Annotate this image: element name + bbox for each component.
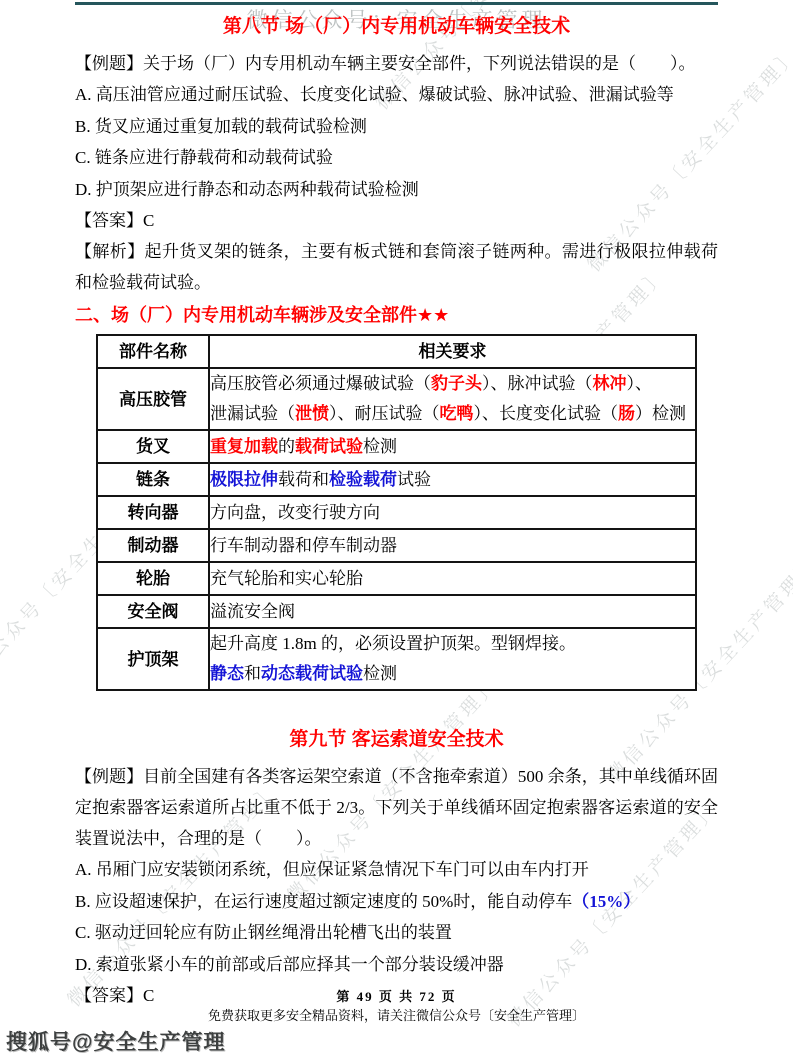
body-text: 和 (244, 664, 261, 683)
body-text: 检测 (363, 437, 397, 456)
page-number: 第 49 页 共 72 页 (0, 988, 793, 1006)
requirement-line: 溢流安全阀 (210, 597, 695, 627)
body-text: A. 高压油管应通过耐压试验、长度变化试验、爆破试验、脉冲试验、泄漏试验等 (75, 85, 674, 104)
q2-options: A. 吊厢门应安装锁闭系统，但应保证紧急情况下车门可以由车内打开B. 应设超速保… (75, 854, 718, 980)
part-name-cell: 制动器 (97, 529, 209, 562)
page-footer: 第 49 页 共 72 页 免费获取更多安全精品资料，请关注微信公众号〔安全生产… (0, 988, 793, 1025)
requirement-line: 行车制动器和停车制动器 (210, 531, 695, 561)
section9-title: 第九节 客运索道安全技术 (75, 727, 718, 753)
body-text: ）、长度变化试验（ (474, 404, 619, 423)
body-text: B. 应设超速保护，在运行速度超过额定速度的 50%时，能自动停车 (75, 892, 572, 911)
body-text: D. 护顶架应进行静态和动态两种载荷试验检测 (75, 180, 419, 199)
table-row: 安全阀溢流安全阀 (97, 595, 696, 628)
option-line: C. 驱动迂回轮应有防止钢丝绳滑出轮槽飞出的装置 (75, 917, 718, 949)
option-line: A. 吊厢门应安装锁闭系统，但应保证紧急情况下车门可以由车内打开 (75, 854, 718, 886)
table-header-row: 部件名称 相关要求 (97, 335, 696, 368)
document-content: 第八节 场（厂）内专用机动车辆安全技术 【例题】关于场（厂）内专用机动车辆主要安… (75, 14, 718, 1011)
q1-analysis: 【解析】起升货叉架的链条，主要有板式链和套筒滚子链两种。需进行极限拉伸载荷和检验… (75, 236, 718, 298)
body-text: ）、耐压试验（ (329, 404, 440, 423)
part-name-cell: 安全阀 (97, 595, 209, 628)
requirements-cell: 高压胶管必须通过爆破试验（豹子头）、脉冲试验（林冲）、泄漏试验（泄愤）、耐压试验… (209, 368, 696, 430)
body-text: D. 索道张紧小车的前部或后部应择其一个部分装设缓冲器 (75, 955, 504, 974)
highlight-text: 静态 (210, 664, 244, 683)
highlight-text: 吃鸭 (440, 404, 474, 423)
part-name-cell: 护顶架 (97, 628, 209, 690)
sohu-logo: 搜狐号@安全生产管理 (6, 1026, 225, 1056)
requirements-cell: 溢流安全阀 (209, 595, 696, 628)
body-text: 高压胶管必须通过爆破试验（ (210, 374, 431, 393)
requirement-line: 充气轮胎和实心轮胎 (210, 564, 695, 594)
body-text: 的 (278, 437, 295, 456)
body-text: A. 吊厢门应安装锁闭系统，但应保证紧急情况下车门可以由车内打开 (75, 860, 589, 879)
body-text: C. 驱动迂回轮应有防止钢丝绳滑出轮槽飞出的装置 (75, 923, 452, 942)
highlight-text: 载荷试验 (295, 437, 363, 456)
q1-stem: 【例题】关于场（厂）内专用机动车辆主要安全部件，下列说法错误的是（ ）。 (75, 48, 718, 79)
option-line: B. 应设超速保护，在运行速度超过额定速度的 50%时，能自动停车（15%） (75, 886, 718, 918)
body-text: 行车制动器和停车制动器 (210, 536, 397, 555)
highlight-text: 肠 (618, 404, 635, 423)
body-text: ）、脉冲试验（ (482, 374, 593, 393)
requirement-line: 静态和动态载荷试验检测 (210, 659, 695, 689)
requirements-cell: 极限拉伸载荷和检验载荷试验 (209, 463, 696, 496)
section8-title: 第八节 场（厂）内专用机动车辆安全技术 (75, 14, 718, 40)
safety-parts-table: 部件名称 相关要求 高压胶管高压胶管必须通过爆破试验（豹子头）、脉冲试验（林冲）… (96, 334, 697, 691)
option-line: D. 索道张紧小车的前部或后部应择其一个部分装设缓冲器 (75, 949, 718, 981)
table-row: 高压胶管高压胶管必须通过爆破试验（豹子头）、脉冲试验（林冲）、泄漏试验（泄愤）、… (97, 368, 696, 430)
highlight-text: 重复加载 (210, 437, 278, 456)
body-text: 检测 (363, 664, 397, 683)
body-text: 起升高度 1.8m 的，必须设置护顶架。型钢焊接。 (210, 634, 576, 653)
table-row: 护顶架起升高度 1.8m 的，必须设置护顶架。型钢焊接。静态和动态载荷试验检测 (97, 628, 696, 690)
requirement-line: 泄漏试验（泄愤）、耐压试验（吃鸭）、长度变化试验（肠）检测 (210, 399, 695, 429)
body-text: 泄漏试验（ (210, 404, 295, 423)
q1-options: A. 高压油管应通过耐压试验、长度变化试验、爆破试验、脉冲试验、泄漏试验等B. … (75, 79, 718, 205)
highlight-text: 动态载荷试验 (261, 664, 363, 683)
requirements-cell: 重复加载的载荷试验检测 (209, 430, 696, 463)
col-header-requirements: 相关要求 (209, 335, 696, 368)
part-name-cell: 链条 (97, 463, 209, 496)
requirement-line: 方向盘，改变行驶方向 (210, 498, 695, 528)
requirement-line: 重复加载的载荷试验检测 (210, 432, 695, 462)
header-rule (75, 2, 718, 5)
table-row: 转向器方向盘，改变行驶方向 (97, 496, 696, 529)
requirements-cell: 行车制动器和停车制动器 (209, 529, 696, 562)
option-line: B. 货叉应通过重复加载的载荷试验检测 (75, 111, 718, 143)
requirements-cell: 起升高度 1.8m 的，必须设置护顶架。型钢焊接。静态和动态载荷试验检测 (209, 628, 696, 690)
body-text: 载荷和 (278, 470, 329, 489)
table-row: 制动器行车制动器和停车制动器 (97, 529, 696, 562)
requirement-line: 高压胶管必须通过爆破试验（豹子头）、脉冲试验（林冲）、 (210, 369, 695, 399)
requirements-cell: 充气轮胎和实心轮胎 (209, 562, 696, 595)
section2-heading: 二、场（厂）内专用机动车辆涉及安全部件★★ (75, 300, 718, 330)
document-page: 微信公众号：安全生产管理 微信公众号〔安全生产管理〕 微信公众号〔安全生产管理〕… (0, 0, 793, 1059)
option-line: C. 链条应进行静载荷和动载荷试验 (75, 142, 718, 174)
body-text: 方向盘，改变行驶方向 (210, 503, 380, 522)
requirement-line: 极限拉伸载荷和检验载荷试验 (210, 465, 695, 495)
body-text: 溢流安全阀 (210, 602, 295, 621)
footer-note: 免费获取更多安全精品资料，请关注微信公众号〔安全生产管理〕 (0, 1006, 793, 1025)
part-name-cell: 轮胎 (97, 562, 209, 595)
body-text: ）、 (627, 374, 653, 393)
body-text: 试验 (397, 470, 431, 489)
body-text: 充气轮胎和实心轮胎 (210, 569, 363, 588)
highlight-text: 豹子头 (431, 374, 482, 393)
highlight-text: （15%） (572, 892, 640, 911)
body-text: B. 货叉应通过重复加载的载荷试验检测 (75, 117, 367, 136)
q2-stem: 【例题】目前全国建有各类客运架空索道（不含拖牵索道）500 余条，其中单线循环固… (75, 761, 718, 854)
highlight-text: 极限拉伸 (210, 470, 278, 489)
option-line: D. 护顶架应进行静态和动态两种载荷试验检测 (75, 174, 718, 206)
q1-answer: 【答案】C (75, 205, 718, 236)
col-header-part-name: 部件名称 (97, 335, 209, 368)
body-text: ）检测 (635, 404, 686, 423)
highlight-text: 泄愤 (295, 404, 329, 423)
requirements-cell: 方向盘，改变行驶方向 (209, 496, 696, 529)
highlight-text: 林冲 (593, 374, 627, 393)
table-row: 轮胎充气轮胎和实心轮胎 (97, 562, 696, 595)
part-name-cell: 高压胶管 (97, 368, 209, 430)
part-name-cell: 转向器 (97, 496, 209, 529)
body-text: C. 链条应进行静载荷和动载荷试验 (75, 148, 333, 167)
part-name-cell: 货叉 (97, 430, 209, 463)
table-row: 链条极限拉伸载荷和检验载荷试验 (97, 463, 696, 496)
requirement-line: 起升高度 1.8m 的，必须设置护顶架。型钢焊接。 (210, 629, 695, 659)
option-line: A. 高压油管应通过耐压试验、长度变化试验、爆破试验、脉冲试验、泄漏试验等 (75, 79, 718, 111)
highlight-text: 检验载荷 (329, 470, 397, 489)
table-row: 货叉重复加载的载荷试验检测 (97, 430, 696, 463)
